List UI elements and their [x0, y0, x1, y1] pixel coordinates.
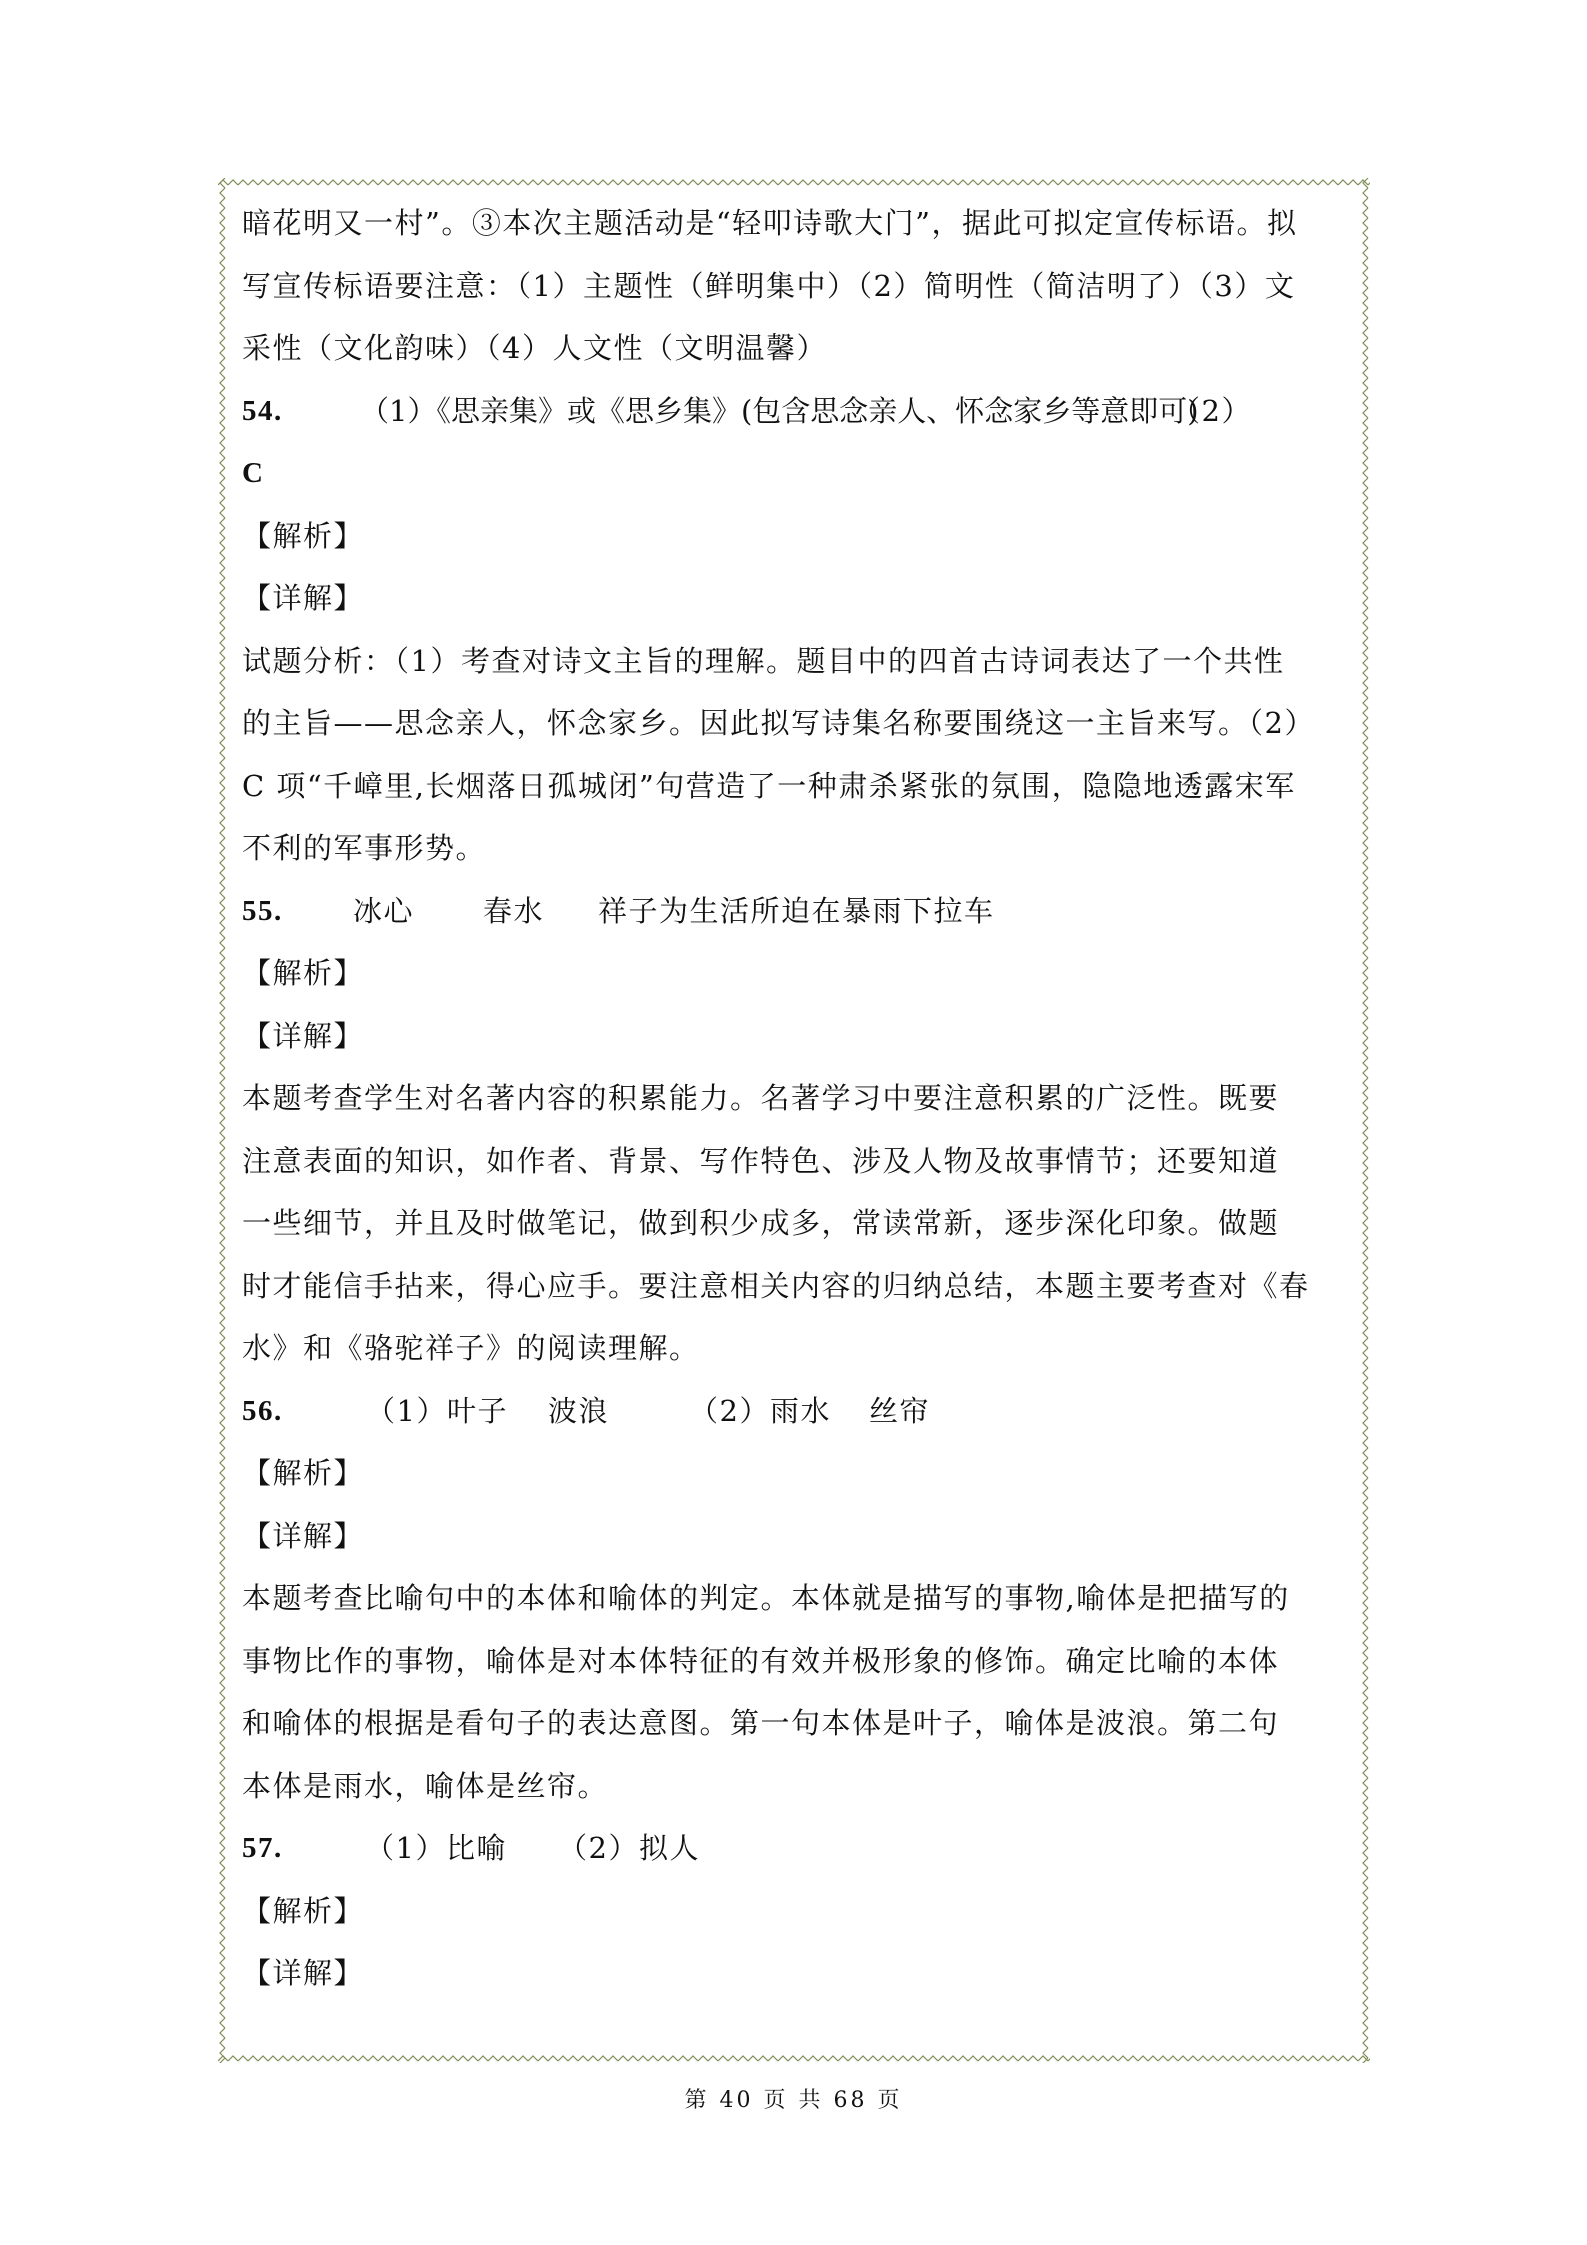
page-number-footer: 第 40 页 共 68 页: [0, 2083, 1587, 2114]
detail-label: 【详解】: [242, 1955, 364, 1991]
answer-1: （1）比喻: [365, 1830, 507, 1866]
detail-text: 不利的军事形势。: [242, 830, 486, 866]
answer-4: 丝帘: [869, 1393, 930, 1429]
analysis-label: 【解析】: [242, 955, 364, 991]
border-right: [1361, 178, 1370, 2063]
question-number: 54.: [242, 393, 283, 429]
answer-part-1: （1）《思亲集》或《思乡集》(包含思念亲人、怀念家乡等意即可): [360, 393, 1199, 429]
border-bottom: [218, 2054, 1370, 2063]
analysis-label: 【解析】: [242, 1893, 364, 1929]
detail-text: 和喻体的根据是看句子的表达意图。第一句本体是叶子，喻体是波浪。第二句: [242, 1705, 1279, 1741]
answer-1: 冰心: [353, 893, 414, 929]
text-line: 暗花明又一村”。③本次主题活动是“轻叩诗歌大门”，据此可拟定宣传标语。拟: [242, 205, 1297, 241]
detail-text: 时才能信手拈来，得心应手。要注意相关内容的归纳总结，本题主要考查对《春: [242, 1268, 1310, 1304]
detail-text: 本题考查比喻句中的本体和喻体的判定。本体就是描写的事物,喻体是把描写的: [242, 1580, 1290, 1616]
detail-text: 注意表面的知识，如作者、背景、写作特色、涉及人物及故事情节；还要知道: [242, 1143, 1279, 1179]
question-number: 55.: [242, 893, 283, 929]
detail-text: C 项“千嶂里,长烟落日孤城闭”句营造了一种肃杀紧张的氛围，隐隐地透露宋军: [242, 768, 1296, 804]
detail-text: 水》和《骆驼祥子》的阅读理解。: [242, 1330, 700, 1366]
answer-2: （2）拟人: [558, 1830, 700, 1866]
text-line: 写宣传标语要注意：（1）主题性（鲜明集中）（2）简明性（简洁明了）（3）文: [242, 268, 1295, 304]
answer-1: （1）叶子: [366, 1393, 508, 1429]
answer-part-2-label: （2）: [1171, 393, 1252, 429]
detail-text: 试题分析：（1）考查对诗文主旨的理解。题目中的四首古诗词表达了一个共性: [242, 643, 1284, 679]
detail-label: 【详解】: [242, 580, 364, 616]
answer-2: 波浪: [548, 1393, 609, 1429]
analysis-label: 【解析】: [242, 1455, 364, 1491]
detail-label: 【详解】: [242, 1518, 364, 1554]
answer-3: （2）雨水: [689, 1393, 831, 1429]
detail-text: 的主旨——思念亲人，怀念家乡。因此拟写诗集名称要围绕这一主旨来写。（2）: [242, 705, 1315, 741]
detail-text: 事物比作的事物，喻体是对本体特征的有效并极形象的修饰。确定比喻的本体: [242, 1643, 1279, 1679]
detail-text: 一些细节，并且及时做笔记，做到积少成多，常读常新，逐步深化印象。做题: [242, 1205, 1279, 1241]
answer-3: 祥子为生活所迫在暴雨下拉车: [598, 893, 995, 929]
border-left: [218, 178, 227, 2063]
answer-2: 春水: [483, 893, 544, 929]
answer-part-2-value: C: [242, 455, 264, 491]
text-line: 采性（文化韵味）（4）人文性（文明温馨）: [242, 330, 827, 366]
question-number: 57.: [242, 1830, 283, 1866]
detail-text: 本体是雨水，喻体是丝帘。: [242, 1768, 608, 1804]
detail-label: 【详解】: [242, 1018, 364, 1054]
question-number: 56.: [242, 1393, 283, 1429]
border-top: [218, 178, 1370, 187]
detail-text: 本题考查学生对名著内容的积累能力。名著学习中要注意积累的广泛性。既要: [242, 1080, 1279, 1116]
analysis-label: 【解析】: [242, 518, 364, 554]
